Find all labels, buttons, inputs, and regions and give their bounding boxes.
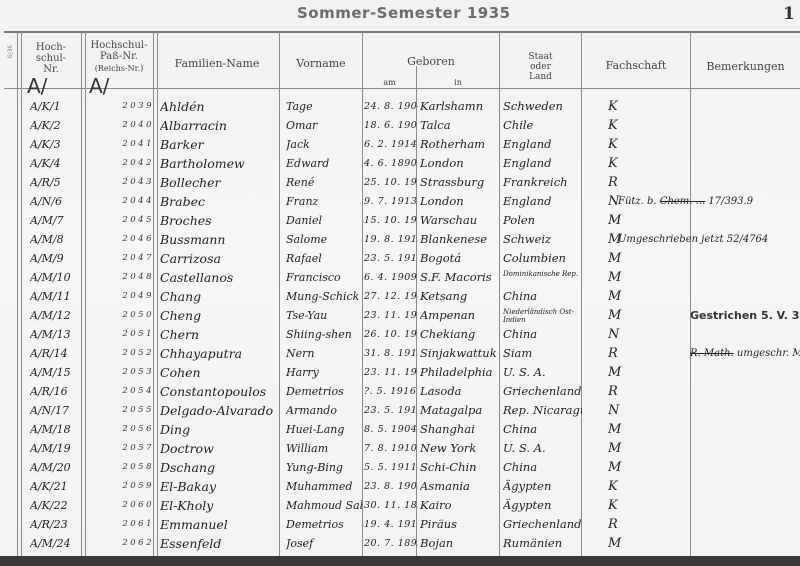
familienname-cell: Delgado-Alvarado	[160, 401, 280, 420]
familienname-cell: Albarracin	[160, 116, 280, 135]
staat-cell: Niederländisch Ost-Indien	[503, 306, 582, 327]
header-pass-nr-sub: (Reichs-Nr.)	[86, 64, 152, 73]
table-row: A/K/42042BartholomewEdward4. 6. 1890Lond…	[0, 154, 800, 173]
fachschaft-cell: R	[608, 173, 638, 192]
table-row: A/M/122050ChengTse-Yau23. 11. 1905Ampena…	[0, 306, 800, 325]
table-row: A/M/112049ChangMung-Schick27. 12. 1902Ke…	[0, 287, 800, 306]
staat-cell: Dominikanische Rep.	[503, 268, 582, 289]
fachschaft-cell: M	[608, 534, 638, 553]
pass-nr-cell: 2047	[108, 249, 154, 268]
familienname-cell: Bollecher	[160, 173, 280, 192]
pass-nr-cell: 2040	[108, 116, 154, 135]
hochschul-nr-cell: A/M/24	[30, 534, 82, 553]
familienname-cell: Broches	[160, 211, 280, 230]
pass-nr-cell: 2050	[108, 306, 154, 325]
hochschul-nr-cell: A/K/21	[30, 477, 82, 496]
staat-cell: Schweden	[503, 97, 582, 116]
pass-nr-cell: 2062	[108, 534, 154, 553]
hochschul-nr-cell: A/R/14	[30, 344, 82, 363]
vorname-cell: Demetrios	[286, 382, 362, 401]
fachschaft-cell: K	[608, 97, 638, 116]
geboren-in-cell: Blankenese	[420, 230, 500, 249]
staat-cell: Griechenland	[503, 382, 582, 401]
pass-nr-cell: 2046	[108, 230, 154, 249]
geboren-in-cell: Kairo	[420, 496, 500, 515]
vorname-cell: Huei-Lang	[286, 420, 362, 439]
bemerkung-cell: Umgeschrieben jetzt 52/4764	[618, 230, 798, 249]
geboren-am-cell: 8. 5. 1904	[364, 420, 418, 439]
hochschul-nr-cell: A/M/10	[30, 268, 82, 287]
geboren-am-cell: ?. 5. 1916	[364, 382, 418, 401]
hochschul-nr-cell: A/K/1	[30, 97, 82, 116]
hochschul-nr-cell: A/R/16	[30, 382, 82, 401]
hochschul-nr-cell: A/M/7	[30, 211, 82, 230]
fachschaft-cell: M	[608, 363, 638, 382]
hochschul-nr-cell: A/M/12	[30, 306, 82, 325]
header-hochschul-nr: Hoch- schul- Nr.	[22, 42, 80, 75]
page-number: 1	[783, 4, 795, 24]
geboren-am-cell: 4. 6. 1890	[364, 154, 418, 173]
staat-cell: Chile	[503, 116, 582, 135]
staat-cell: Rep. Nicaragua	[503, 401, 582, 420]
pass-nr-cell: 2045	[108, 211, 154, 230]
familienname-cell: Bussmann	[160, 230, 280, 249]
fachschaft-cell: R	[608, 515, 638, 534]
table-row: A/M/192057DoctrowWilliam7. 8. 1910New Yo…	[0, 439, 800, 458]
geboren-in-cell: S.F. Macoris	[420, 268, 500, 287]
table-row: A/M/132051ChernShiing-shen26. 10. 1911Ch…	[0, 325, 800, 344]
geboren-am-cell: 23. 8. 1905	[364, 477, 418, 496]
familienname-cell: Essenfeld	[160, 534, 280, 553]
hochschul-nr-cell: A/M/9	[30, 249, 82, 268]
staat-cell: Ägypten	[503, 477, 582, 496]
vorname-cell: Salome	[286, 230, 362, 249]
geboren-in-cell: Warschau	[420, 211, 500, 230]
fachschaft-cell: K	[608, 135, 638, 154]
geboren-am-cell: 23. 11. 1909	[364, 363, 418, 382]
header-geboren-am: am	[363, 78, 416, 87]
staat-cell: England	[503, 154, 582, 173]
fachschaft-cell: M	[608, 287, 638, 306]
header-familienname: Familien-Name	[156, 58, 278, 69]
fachschaft-cell: M	[608, 439, 638, 458]
header-staat: Staat oder Land	[500, 52, 581, 82]
vorname-cell: Francisco	[286, 268, 362, 287]
geboren-am-cell: 19. 4. 1911	[364, 515, 418, 534]
vorname-cell: Franz	[286, 192, 362, 211]
familienname-cell: Ahldén	[160, 97, 280, 116]
vorname-cell: Yung-Bing	[286, 458, 362, 477]
familienname-cell: Cheng	[160, 306, 280, 325]
header-vorname: Vorname	[280, 58, 362, 69]
geboren-in-cell: Shanghai	[420, 420, 500, 439]
geboren-am-cell: 27. 12. 1902	[364, 287, 418, 306]
hochschul-nr-cell: A/M/11	[30, 287, 82, 306]
staat-cell: Schweiz	[503, 230, 582, 249]
vorname-cell: Edward	[286, 154, 362, 173]
geboren-am-cell: 15. 10. 1910	[364, 211, 418, 230]
hochschul-nr-cell: A/M/19	[30, 439, 82, 458]
staat-cell: Siam	[503, 344, 582, 363]
geboren-am-cell: 6. 4. 1909	[364, 268, 418, 287]
geboren-in-cell: Karlshamn	[420, 97, 500, 116]
staat-cell: China	[503, 325, 582, 344]
pass-nr-cell: 2051	[108, 325, 154, 344]
pass-nr-cell: 2057	[108, 439, 154, 458]
geboren-in-cell: Strassburg	[420, 173, 500, 192]
staat-cell: England	[503, 135, 582, 154]
geboren-in-cell: Bojan	[420, 534, 500, 553]
staat-cell: Polen	[503, 211, 582, 230]
pass-nr-cell: 2059	[108, 477, 154, 496]
pass-nr-cell: 2052	[108, 344, 154, 363]
table-row: A/M/72045BrochesDaniel15. 10. 1910Warsch…	[0, 211, 800, 230]
geboren-am-cell: 31. 8. 1915	[364, 344, 418, 363]
vorname-cell: Tage	[286, 97, 362, 116]
geboren-am-cell: 30. 11. 1896	[364, 496, 418, 515]
geboren-am-cell: 25. 10. 1913	[364, 173, 418, 192]
bemerkung-cell: Gestrichen 5. V. 36	[690, 306, 800, 325]
pass-nr-cell: 2056	[108, 420, 154, 439]
fachschaft-cell: K	[608, 477, 638, 496]
vorname-cell: Josef	[286, 534, 362, 553]
register-page: Sommer-Semester 1935 1 6/36 Hoch- schul-…	[0, 0, 800, 566]
geboren-in-cell: Rotherham	[420, 135, 500, 154]
staat-cell: Rumänien	[503, 534, 582, 553]
pass-nr-cell: 2048	[108, 268, 154, 287]
semester-stamp: Sommer-Semester 1935	[297, 4, 511, 22]
geboren-am-cell: 24. 8. 1904	[364, 97, 418, 116]
geboren-in-cell: Bogotá	[420, 249, 500, 268]
fachschaft-cell: R	[608, 344, 638, 363]
fachschaft-cell: K	[608, 496, 638, 515]
table-row: A/R/52043BollecherRené25. 10. 1913Strass…	[0, 173, 800, 192]
geboren-in-cell: London	[420, 192, 500, 211]
fachschaft-cell: R	[608, 382, 638, 401]
familienname-cell: El-Bakay	[160, 477, 280, 496]
geboren-am-cell: 9. 7. 1913	[364, 192, 418, 211]
table-row: A/K/32041BarkerJack6. 2. 1914RotherhamEn…	[0, 135, 800, 154]
table-row: A/M/82046BussmannSalome19. 8. 1915Blanke…	[0, 230, 800, 249]
header-geboren: Geboren	[363, 56, 499, 67]
geboren-in-cell: Ketsang	[420, 287, 500, 306]
staat-cell: Ägypten	[503, 496, 582, 515]
geboren-am-cell: 18. 6. 1907	[364, 116, 418, 135]
pass-nr-cell: 2039	[108, 97, 154, 116]
vorname-cell: Rafael	[286, 249, 362, 268]
staat-cell: China	[503, 420, 582, 439]
pass-nr-cell: 2054	[108, 382, 154, 401]
geboren-in-cell: Philadelphia	[420, 363, 500, 382]
geboren-in-cell: Schi-Chin	[420, 458, 500, 477]
table-row: A/N/62044BrabecFranz9. 7. 1913LondonEngl…	[0, 192, 800, 211]
fachschaft-cell: M	[608, 249, 638, 268]
familienname-cell: Bartholomew	[160, 154, 280, 173]
hochschul-nr-cell: A/N/6	[30, 192, 82, 211]
vorname-cell: Daniel	[286, 211, 362, 230]
staat-cell: Columbien	[503, 249, 582, 268]
vorname-cell: Tse-Yau	[286, 306, 362, 325]
hochschul-nr-cell: A/R/23	[30, 515, 82, 534]
staat-cell: U. S. A.	[503, 363, 582, 382]
table-row: A/R/232061EmmanuelDemetrios19. 4. 1911Pi…	[0, 515, 800, 534]
hochschul-nr-cell: A/N/17	[30, 401, 82, 420]
geboren-in-cell: Ampenan	[420, 306, 500, 325]
geboren-am-cell: 20. 7. 1895	[364, 534, 418, 553]
geboren-in-cell: Matagalpa	[420, 401, 500, 420]
pass-nr-cell: 2053	[108, 363, 154, 382]
familienname-cell: Brabec	[160, 192, 280, 211]
geboren-in-cell: Sinjakwattuk	[420, 344, 500, 363]
table-row: A/M/152053CohenHarry23. 11. 1909Philadel…	[0, 363, 800, 382]
familienname-cell: El-Kholy	[160, 496, 280, 515]
geboren-am-cell: 5. 5. 1911	[364, 458, 418, 477]
geboren-am-cell: 19. 8. 1915	[364, 230, 418, 249]
geboren-am-cell: 6. 2. 1914	[364, 135, 418, 154]
staat-cell: Griechenland	[503, 515, 582, 534]
geboren-in-cell: Piräus	[420, 515, 500, 534]
familienname-cell: Ding	[160, 420, 280, 439]
table-row: A/K/222060El-KholyMahmoud Sabry30. 11. 1…	[0, 496, 800, 515]
pass-nr-cell: 2041	[108, 135, 154, 154]
geboren-am-cell: 26. 10. 1911	[364, 325, 418, 344]
pass-nr-cell: 2055	[108, 401, 154, 420]
fachschaft-cell: M	[608, 306, 638, 325]
vorname-cell: Mahmoud Sabry	[286, 496, 362, 515]
header-geboren-in: in	[417, 78, 499, 87]
familienname-cell: Chern	[160, 325, 280, 344]
vorname-cell: Armando	[286, 401, 362, 420]
staat-cell: China	[503, 287, 582, 306]
geboren-in-cell: New York	[420, 439, 500, 458]
vorname-cell: Harry	[286, 363, 362, 382]
vorname-cell: Jack	[286, 135, 362, 154]
staat-cell: England	[503, 192, 582, 211]
fachschaft-cell: M	[608, 458, 638, 477]
header-bemerkungen: Bemerkungen	[691, 61, 800, 72]
pass-nr-cell: 2042	[108, 154, 154, 173]
hochschul-nr-cell: A/K/3	[30, 135, 82, 154]
familienname-cell: Chang	[160, 287, 280, 306]
geboren-am-cell: 23. 5. 1910	[364, 249, 418, 268]
fachschaft-cell: M	[608, 211, 638, 230]
hochschul-nr-cell: A/K/4	[30, 154, 82, 173]
hochschul-nr-cell: A/K/22	[30, 496, 82, 515]
pass-nr-prefix: A/	[89, 74, 109, 98]
table-row: A/K/212059El-BakayMuhammed23. 8. 1905Asm…	[0, 477, 800, 496]
staat-cell: China	[503, 458, 582, 477]
vorname-cell: René	[286, 173, 362, 192]
hochschul-nr-cell: A/M/13	[30, 325, 82, 344]
familienname-cell: Barker	[160, 135, 280, 154]
fachschaft-cell: N	[608, 325, 638, 344]
staat-cell: U. S. A.	[503, 439, 582, 458]
bemerkung-cell: R. Math. umgeschr. M 21/III. 36.	[690, 344, 800, 363]
hochschul-nr-cell: A/M/20	[30, 458, 82, 477]
familienname-cell: Castellanos	[160, 268, 280, 287]
table-row: A/K/22040AlbarracinOmar18. 6. 1907TalcaC…	[0, 116, 800, 135]
staat-cell: Frankreich	[503, 173, 582, 192]
side-code: 6/36	[7, 45, 14, 58]
hochschul-nr-cell: A/M/18	[30, 420, 82, 439]
familienname-cell: Doctrow	[160, 439, 280, 458]
vorname-cell: Omar	[286, 116, 362, 135]
table-row: A/M/102048CastellanosFrancisco6. 4. 1909…	[0, 268, 800, 287]
vorname-cell: Mung-Schick	[286, 287, 362, 306]
vorname-cell: Demetrios	[286, 515, 362, 534]
vorname-cell: William	[286, 439, 362, 458]
vorname-cell: Muhammed	[286, 477, 362, 496]
table-row: A/R/142052ChhayaputraNern31. 8. 1915Sinj…	[0, 344, 800, 363]
hochschul-nr-cell: A/M/8	[30, 230, 82, 249]
table-row: A/N/172055Delgado-AlvaradoArmando23. 5. …	[0, 401, 800, 420]
hochschul-nr-prefix: A/	[27, 74, 47, 98]
table-row: A/M/92047CarrizosaRafael23. 5. 1910Bogot…	[0, 249, 800, 268]
scan-edge	[0, 556, 800, 566]
pass-nr-cell: 2060	[108, 496, 154, 515]
pass-nr-cell: 2061	[108, 515, 154, 534]
familienname-cell: Carrizosa	[160, 249, 280, 268]
vorname-cell: Shiing-shen	[286, 325, 362, 344]
geboren-in-cell: Chekiang	[420, 325, 500, 344]
geboren-in-cell: London	[420, 154, 500, 173]
header-fachschaft: Fachschaft	[582, 60, 690, 71]
geboren-am-cell: 7. 8. 1910	[364, 439, 418, 458]
fachschaft-cell: M	[608, 268, 638, 287]
table-row: A/M/242062EssenfeldJosef20. 7. 1895Bojan…	[0, 534, 800, 553]
familienname-cell: Constantopoulos	[160, 382, 280, 401]
fachschaft-cell: M	[608, 420, 638, 439]
geboren-am-cell: 23. 11. 1905	[364, 306, 418, 325]
familienname-cell: Cohen	[160, 363, 280, 382]
familienname-cell: Emmanuel	[160, 515, 280, 534]
geboren-in-cell: Talca	[420, 116, 500, 135]
fachschaft-cell: N	[608, 401, 638, 420]
hochschul-nr-cell: A/M/15	[30, 363, 82, 382]
geboren-am-cell: 23. 5. 1916	[364, 401, 418, 420]
pass-nr-cell: 2058	[108, 458, 154, 477]
top-rule	[4, 31, 800, 33]
table-row: A/R/162054ConstantopoulosDemetrios?. 5. …	[0, 382, 800, 401]
fachschaft-cell: K	[608, 116, 638, 135]
hochschul-nr-cell: A/K/2	[30, 116, 82, 135]
table-row: A/K/12039AhldénTage24. 8. 1904KarlshamnS…	[0, 97, 800, 116]
pass-nr-cell: 2043	[108, 173, 154, 192]
table-row: A/M/182056DingHuei-Lang8. 5. 1904Shangha…	[0, 420, 800, 439]
vorname-cell: Nern	[286, 344, 362, 363]
hochschul-nr-cell: A/R/5	[30, 173, 82, 192]
familienname-cell: Chhayaputra	[160, 344, 280, 363]
table-row: A/M/202058DschangYung-Bing5. 5. 1911Schi…	[0, 458, 800, 477]
geboren-in-cell: Lasoda	[420, 382, 500, 401]
pass-nr-cell: 2044	[108, 192, 154, 211]
header-bottom-rule	[4, 88, 800, 89]
geboren-in-cell: Asmania	[420, 477, 500, 496]
pass-nr-cell: 2049	[108, 287, 154, 306]
fachschaft-cell: K	[608, 154, 638, 173]
familienname-cell: Dschang	[160, 458, 280, 477]
header-pass-nr: Hochschul- Paß-Nr.	[86, 40, 152, 62]
bemerkung-cell: Fütz. b. Chem. ... 17/393.9	[618, 192, 798, 211]
